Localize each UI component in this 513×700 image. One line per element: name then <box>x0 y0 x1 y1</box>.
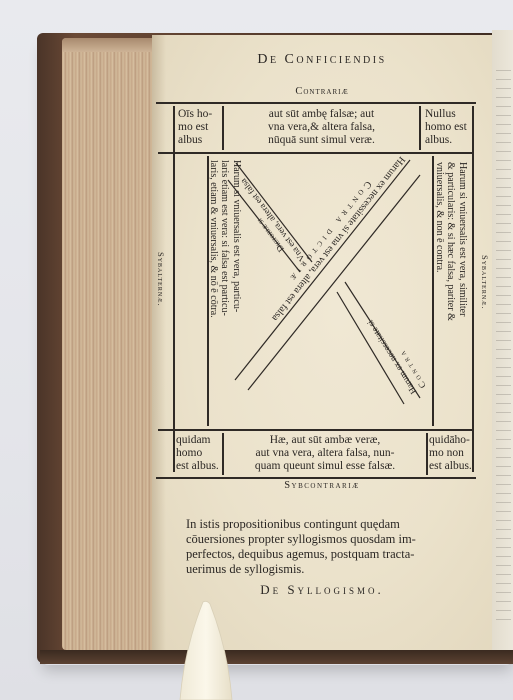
line: In istis propositionibus contingunt quęd… <box>186 517 476 532</box>
subcontrariae-label: Sybcontrariæ <box>152 480 492 491</box>
line: perfectos, dequibus agemus, postquam tra… <box>186 547 476 562</box>
bone-page-holder <box>170 600 244 700</box>
body-paragraph: In istis propositionibus contingunt quęd… <box>186 517 476 577</box>
line: cōuersiones propter syllogismos quosdam … <box>186 532 476 547</box>
line: uerimus de syllogismis. <box>186 562 476 577</box>
section-heading: De Syllogismo. <box>152 582 492 598</box>
